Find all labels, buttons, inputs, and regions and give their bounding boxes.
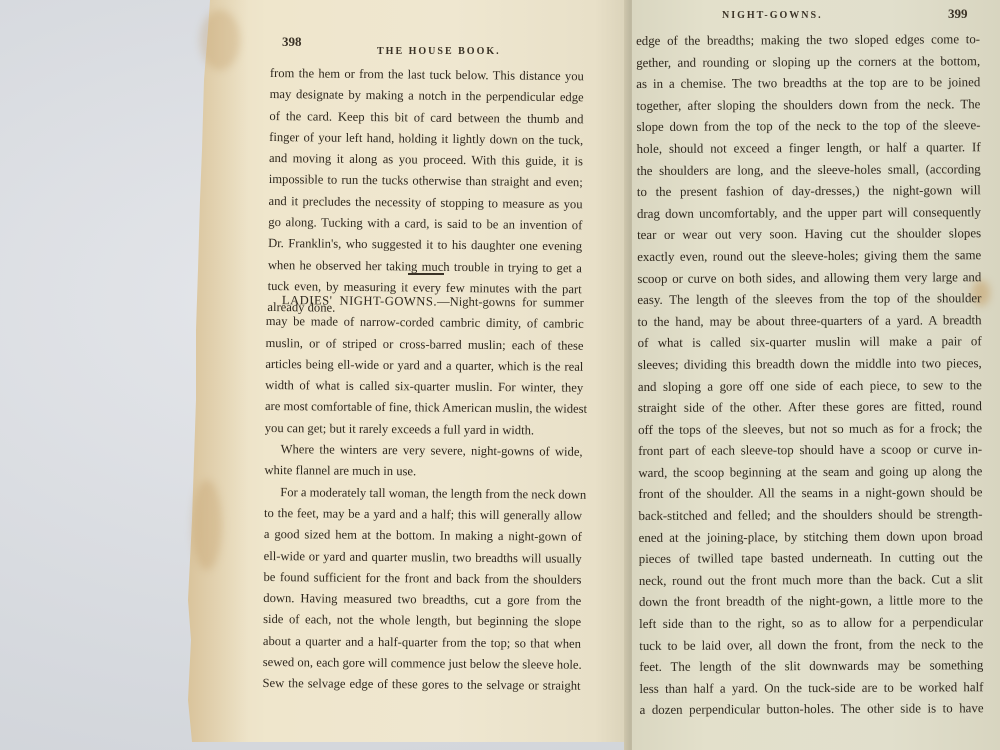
text-line: the shoulders are long, and the sleeve-h… xyxy=(637,159,981,182)
text-line: muslin, or of striped or cross-barred mu… xyxy=(265,333,583,357)
left-section-tucks: from the hem or from the last tuck below… xyxy=(267,63,584,322)
text-line: neck, round out the front much more than… xyxy=(639,569,983,592)
text-line: Where the winters are very severe, night… xyxy=(265,439,583,463)
text-line: ward, the scoop beginning at the seam an… xyxy=(638,461,982,484)
text-line: you can get; but it rarely exceeds a ful… xyxy=(265,418,583,442)
section-heading-line: LADIES' NIGHT-GOWNS.—Night-gowns for sum… xyxy=(266,290,584,314)
text-line: sewed on, each gore will commence just b… xyxy=(263,652,581,676)
text-line: Sew the selvage edge of these gores to t… xyxy=(262,673,580,697)
text-line: ened at the joining-place, by stitching … xyxy=(639,526,983,549)
text-line: may be made of narrow-corded cambric dim… xyxy=(266,311,584,335)
text-line: as in a chemise. The two breadths at the… xyxy=(636,72,980,95)
text-line: impossible to run the tucks otherwise th… xyxy=(269,169,583,194)
left-section-night-gowns: LADIES' NIGHT-GOWNS.—Night-gowns for sum… xyxy=(262,290,584,697)
paper-stain xyxy=(200,10,240,70)
text-line: to the present fashion of day-dresses,) … xyxy=(637,180,981,203)
text-line: back-stitched and felled; and the should… xyxy=(638,504,982,527)
text-line: slope down from the top of the neck to t… xyxy=(636,116,980,139)
text-line: —Night-gowns for summer xyxy=(437,294,584,309)
left-running-head: THE HOUSE BOOK. xyxy=(377,46,501,57)
text-line: articles being ell-wide or yard and a qu… xyxy=(265,354,583,378)
text-line: left side than to the right, so as to al… xyxy=(639,612,983,635)
right-page-body: edge of the breadths; making the two slo… xyxy=(636,29,984,722)
text-line: of what is called six-quarter muslin wil… xyxy=(638,332,982,355)
text-line: a good sized hem at the bottom. In makin… xyxy=(264,524,582,548)
text-line: are most comfortable of fine, thick Amer… xyxy=(265,396,583,420)
text-line: tuck to be laid over, all down the front… xyxy=(639,634,983,657)
right-page-number: 399 xyxy=(948,6,968,22)
text-line: front part of each sleeve-top should hav… xyxy=(638,439,982,462)
text-line: side of each, not the whole length, but … xyxy=(263,609,581,633)
text-line: ell-wide or yard and quarter muslin, two… xyxy=(264,546,582,570)
right-running-head: NIGHT-GOWNS. xyxy=(722,10,823,21)
left-page-number: 398 xyxy=(282,34,302,50)
text-line: off the tops of the sleeves, but not so … xyxy=(638,418,982,441)
text-line: a dozen perpendicular button-holes. The … xyxy=(640,699,984,722)
text-line: gether, and rounding or sloping up the c… xyxy=(636,51,980,74)
text-line: down the front breadth of the night-gown… xyxy=(639,591,983,614)
text-line: edge of the breadths; making the two slo… xyxy=(636,29,980,52)
text-line: tear or wear out very soon. Having cut t… xyxy=(637,224,981,247)
text-line: to the feet, may be a yard and a half; t… xyxy=(264,503,582,527)
text-line: less than half a yard. On the tuck-side … xyxy=(639,677,983,700)
text-line: For a moderately tall woman, the length … xyxy=(264,482,582,506)
text-line: straight side of the other. After these … xyxy=(638,396,982,419)
text-line: drag down uncomfortably, and the upper p… xyxy=(637,202,981,225)
text-line: may designate by making a notch in the p… xyxy=(270,84,584,109)
text-line: scoop or curve on both sides, and allowi… xyxy=(637,267,981,290)
text-line: pieces of twilled tape basted underneath… xyxy=(639,547,983,570)
text-line: hole, should not exceed a finger length,… xyxy=(637,137,981,160)
text-line: Dr. Franklin's, who suggested it to his … xyxy=(268,233,582,258)
text-line: about a quarter and a half-quarter from … xyxy=(263,631,581,655)
text-line: to the hand, may be about three-quarters… xyxy=(637,310,981,333)
text-line: front of the shoulder. All the seams in … xyxy=(638,483,982,506)
text-line: together, after sloping the shoulders do… xyxy=(636,94,980,117)
text-line: sleeves; dividing this breadth down the … xyxy=(638,353,982,376)
text-line: width of what is called six-quarter musl… xyxy=(265,375,583,399)
section-heading: LADIES' NIGHT-GOWNS. xyxy=(282,293,437,308)
text-line: and sloping a gore off one side of each … xyxy=(638,375,982,398)
text-line: exactly even, round out the sleeve-holes… xyxy=(637,245,981,268)
paper-stain xyxy=(192,480,222,570)
text-line: be found sufficient for the front and ba… xyxy=(263,567,581,591)
section-divider xyxy=(408,273,444,275)
text-line: feet. The length of the slit downwards m… xyxy=(639,655,983,678)
text-line: white flannel are much in use. xyxy=(264,460,582,484)
text-line: down. Having measured two breadths, cut … xyxy=(263,588,581,612)
text-line: easy. The length of the sleeves from the… xyxy=(637,288,981,311)
